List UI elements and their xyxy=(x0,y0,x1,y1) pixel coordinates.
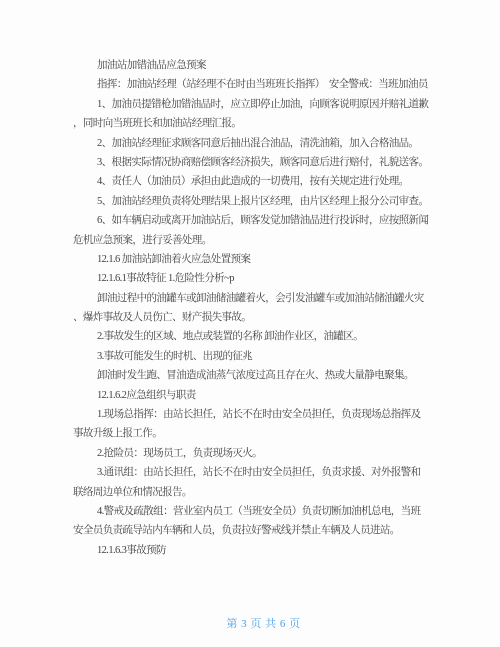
document-line: 指挥：加油站经理（站经理不在时由当班班长指挥） 安全警戒：当班加油员 xyxy=(73,75,443,94)
document-line: 卸油时发生跑、冒油造成油蒸气浓度过高且存在火、热或大量静电聚集。 xyxy=(73,366,443,385)
document-line: 2、加油站经理征求顾客同意后抽出混合油品，清洗油箱，加入合格油品。 xyxy=(73,134,443,153)
page-footer: 第 3 页 共 6 页 xyxy=(0,602,500,647)
document-line: 6、如车辆启动或离开加油站后，顾客发觉加错油品进行投诉时，应按照新闻 xyxy=(73,211,443,230)
document-line: 事故升级上报工作。 xyxy=(73,424,443,443)
document-line: ，同时向当班班长和加油站经理汇报。 xyxy=(73,114,443,133)
document-line: 12.1.6 加油站卸油着火应急处置预案 xyxy=(73,250,443,269)
document-line: 、爆炸事故及人员伤亡、财产损失事故。 xyxy=(73,308,443,327)
document-line: 1、加油员提错枪加错油品时，应立即停止加油，向顾客说明原因并赔礼道歉 xyxy=(73,95,443,114)
document-line: 2.事故发生的区域、地点或装置的名称 卸油作业区，油罐区。 xyxy=(73,327,443,346)
document-title: 加油站加错油品应急预案 xyxy=(73,56,443,75)
document-line: 联络周边单位和情况报告。 xyxy=(73,483,443,502)
document-line: 3.通讯组：由站长担任，站长不在时由安全员担任，负责求援、对外报警和 xyxy=(73,463,443,482)
document-body: 加油站加错油品应急预案指挥：加油站经理（站经理不在时由当班班长指挥） 安全警戒：… xyxy=(73,56,443,560)
document-line: 卸油过程中的油罐车或卸油储油罐着火，会引发油罐车或加油站储油罐火灾 xyxy=(73,289,443,308)
document-line: 12.1.6.3事故预防 xyxy=(73,541,443,560)
document-page: 加油站加错油品应急预案指挥：加油站经理（站经理不在时由当班班长指挥） 安全警戒：… xyxy=(0,0,500,647)
page-number-indicator: 第 3 页 共 6 页 xyxy=(226,618,300,630)
document-line: 3.事故可能发生的时机、出现的征兆 xyxy=(73,347,443,366)
document-line: 危机应急预案，进行妥善处理。 xyxy=(73,231,443,250)
document-line: 2.抢险员：现场员工，负责现场灭火。 xyxy=(73,444,443,463)
document-line: 4、责任人（加油员）承担由此造成的一切费用，按有关规定进行处理。 xyxy=(73,172,443,191)
document-line: 1.现场总指挥：由站长担任，站长不在时由安全员担任，负责现场总指挥及 xyxy=(73,405,443,424)
document-line: 4.警戒及疏散组：营业室内员工（当班安全员）负责切断加油机总电，当班 xyxy=(73,502,443,521)
document-line: 12.1.6.2应急组织与职责 xyxy=(73,386,443,405)
document-line: 5、加油站经理负责将处理结果上报片区经理，由片区经理上报分公司审查。 xyxy=(73,192,443,211)
document-line: 12.1.6.1事故特征 1.危险性分析~p xyxy=(73,269,443,288)
document-line: 3、根据实际情况协商赔偿顾客经济损失，顾客同意后进行赔付，礼貌送客。 xyxy=(73,153,443,172)
document-line: 安全员负责疏导站内车辆和人员，负责拉好警戒线并禁止车辆及人员进站。 xyxy=(73,521,443,540)
